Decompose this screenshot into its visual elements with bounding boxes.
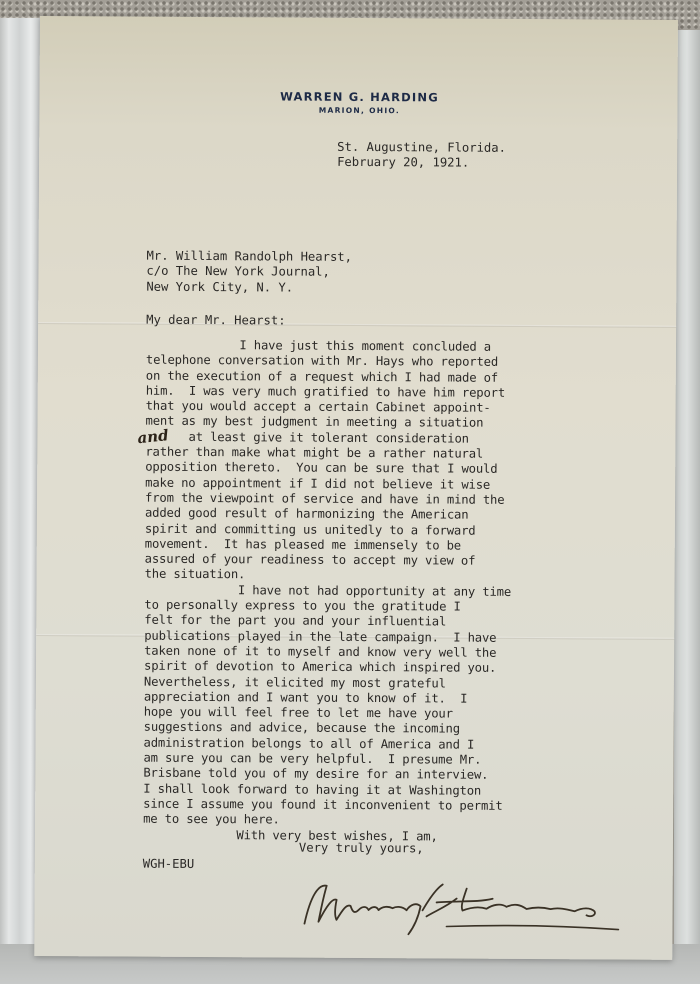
signature — [296, 876, 626, 938]
letter-body: I have just this moment concluded atelep… — [143, 338, 513, 845]
letterhead: WARREN G. HARDING MARION, OHIO. — [269, 89, 449, 115]
letterhead-place: MARION, OHIO. — [269, 105, 449, 115]
letterhead-name: WARREN G. HARDING — [269, 89, 449, 104]
dateline-date: February 20, 1921. — [337, 155, 506, 171]
address-line: Mr. William Randolph Hearst, — [146, 249, 352, 266]
body-line: me to see you here. — [143, 812, 510, 830]
body-line: telephone conversation with Mr. Hays who… — [146, 353, 513, 371]
body-line: spirit of devotion to America which insp… — [144, 659, 511, 677]
body-line: felt for the part you and your influenti… — [144, 613, 511, 631]
body-line: opposition thereto. You can be sure that… — [145, 460, 512, 478]
typist-initials: WGH-EBU — [143, 857, 194, 873]
fold-crease-upper — [38, 322, 676, 328]
plastic-sleeve-right — [674, 30, 700, 984]
dateline: St. Augustine, Florida.February 20, 1921… — [337, 140, 506, 172]
body-line: Brisbane told you of my desire for an in… — [143, 766, 510, 784]
body-line: added good result of harmonizing the Ame… — [145, 506, 512, 524]
handwritten-insert: and — [137, 426, 170, 447]
recipient-address: Mr. William Randolph Hearst,c/o The New … — [146, 249, 352, 296]
address-line: New York City, N. Y. — [146, 279, 352, 296]
letter-page: WARREN G. HARDING MARION, OHIO. St. Augu… — [34, 16, 678, 960]
salutation: My dear Mr. Hearst: — [146, 313, 286, 329]
closing: Very truly yours, — [299, 841, 424, 857]
address-line: c/o The New York Journal, — [146, 264, 352, 281]
dateline-location: St. Augustine, Florida. — [337, 140, 506, 156]
